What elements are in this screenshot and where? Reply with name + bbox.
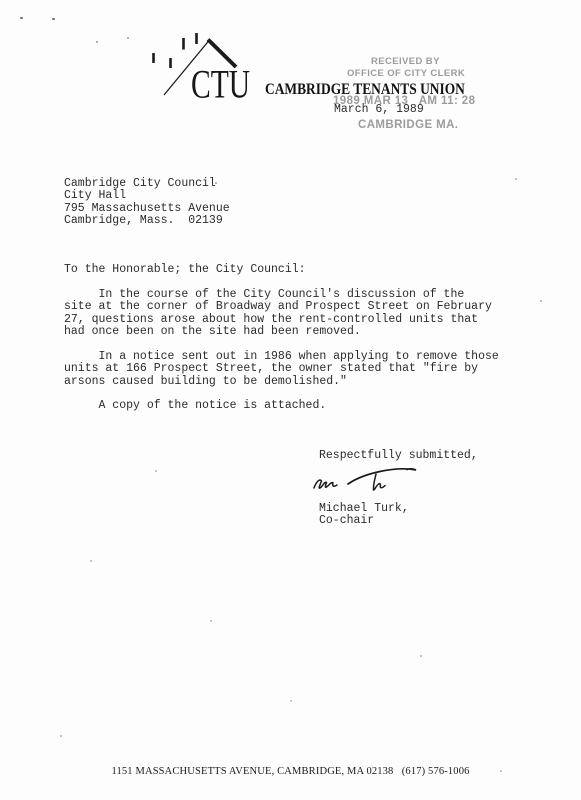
letter-date: March 6, 1989 [334, 104, 424, 116]
received-stamp-city: CAMBRIDGE MA. [358, 119, 458, 131]
scan-speck [127, 37, 129, 39]
body-paragraph-3: A copy of the notice is attached. [64, 400, 326, 412]
received-stamp-line-2: OFFICE OF CITY CLERK [347, 69, 465, 79]
scan-speck [420, 655, 422, 657]
scan-speck [290, 700, 292, 702]
scan-speck [52, 18, 55, 20]
scan-speck [540, 300, 542, 302]
body-paragraph-2: In a notice sent out in 1986 when applyi… [64, 351, 499, 388]
letterhead-footer-address: 1151 MASSACHUSETTS AVENUE, CAMBRIDGE, MA… [0, 766, 581, 777]
scan-speck [60, 735, 62, 737]
valediction: Respectfully submitted, [319, 450, 478, 462]
signature-swoosh-stroke [348, 469, 416, 484]
recipient-address-block: Cambridge City Council City Hall 795 Mas… [64, 178, 230, 228]
scan-speck [210, 620, 212, 622]
michael-turk-signature [310, 462, 426, 494]
ctu-house-logo-icon: CTU [144, 31, 266, 105]
signer-name-block: Michael Turk, Co-chair [319, 503, 409, 528]
logo-acronym: CTU [191, 62, 250, 105]
scan-speck [155, 470, 157, 472]
scan-speck [20, 17, 23, 19]
body-paragraph-1: In the course of the City Council's disc… [64, 289, 492, 339]
signature-last-name-stroke [373, 474, 385, 490]
received-stamp-line-1: RECEIVED BY [371, 57, 440, 67]
scan-speck [96, 41, 98, 43]
salutation: To the Honorable; the City Council: [64, 264, 306, 276]
scanned-letter-page: CTU CAMBRIDGE TENANTS UNION RECEIVED BY … [0, 0, 581, 800]
scan-speck [90, 560, 92, 562]
scan-speck [515, 178, 517, 180]
signature-first-name-stroke [314, 480, 337, 488]
